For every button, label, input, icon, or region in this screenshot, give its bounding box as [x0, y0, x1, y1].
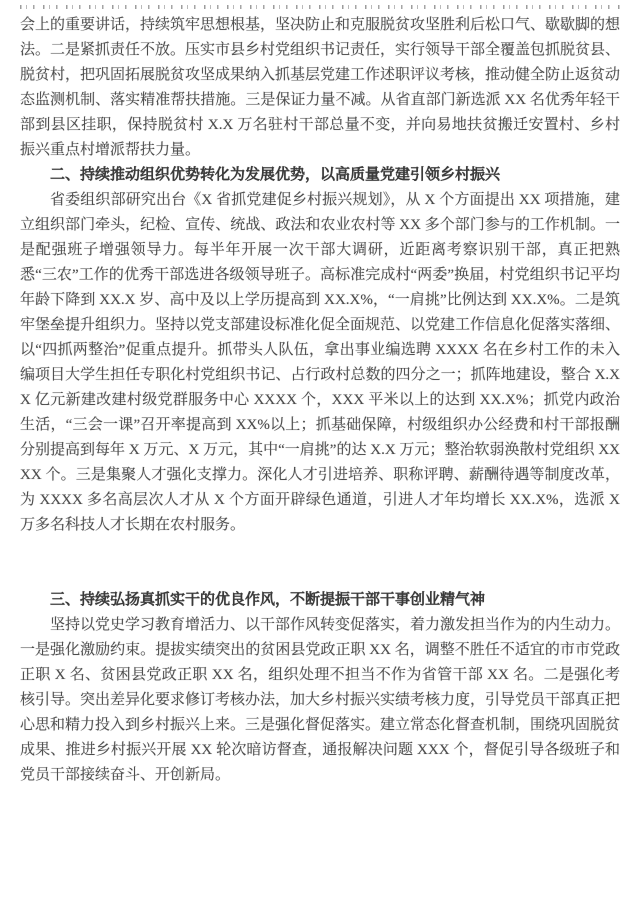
- paragraph-section-2: 省委组织部研究出台《X 省抓党建促乡村振兴规划》，从 X 个方面提出 XX 项措…: [20, 188, 620, 538]
- paragraph-section-1-continuation: 会上的重要讲话，持续筑牢思想根基，坚决防止和克服脱贫攻坚胜利后松口气、歇歇脚的想…: [20, 13, 620, 163]
- paragraph-section-3: 坚持以党史学习教育增活力、以干部作风转变促落实，着力激发担当作为的内生动力。一是…: [20, 613, 620, 788]
- clipped-text-line-fragment: [20, 5, 620, 9]
- section-heading-2: 二、持续推动组织优势转化为发展优势，以高质量党建引领乡村振兴: [20, 163, 620, 188]
- section-heading-3: 三、持续弘扬真抓实干的优良作风，不断提振干部干事创业精气神: [20, 588, 620, 613]
- document-page: 会上的重要讲话，持续筑牢思想根基，坚决防止和克服脱贫攻坚胜利后松口气、歇歇脚的想…: [0, 0, 640, 898]
